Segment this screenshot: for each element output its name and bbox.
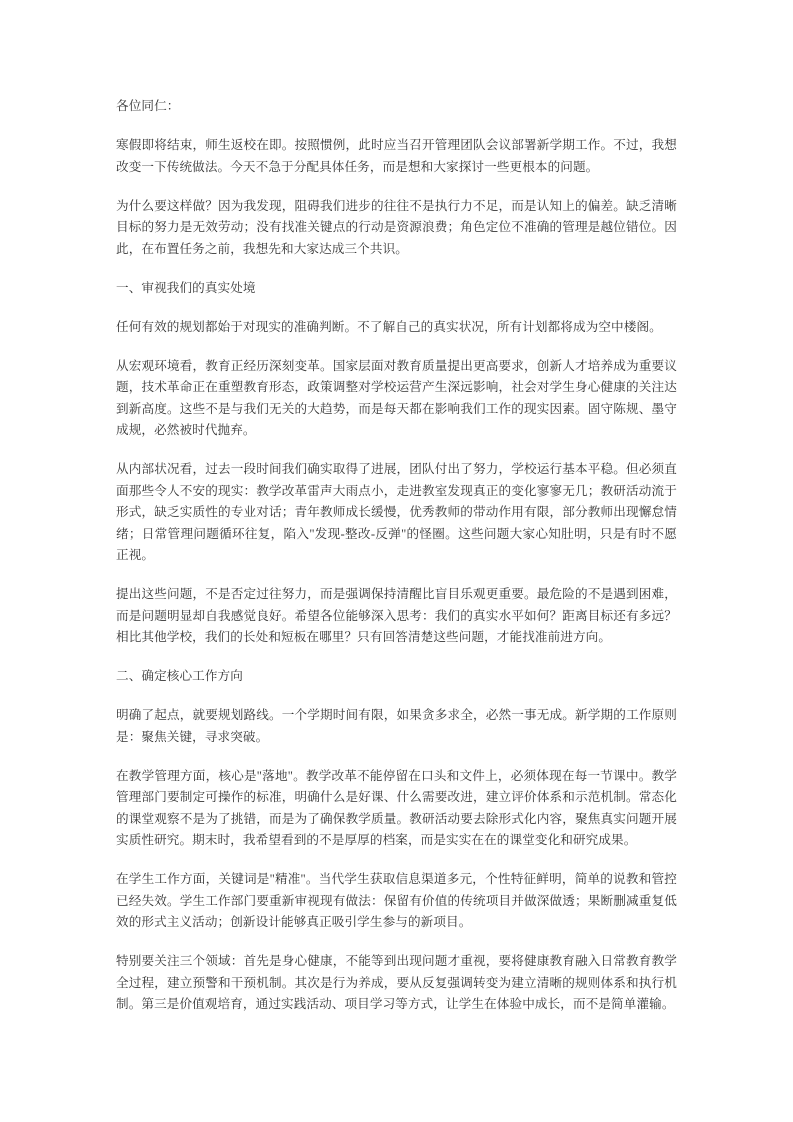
paragraph: 明确了起点，就要规划路线。一个学期时间有限，如果贪多求全，必然一事无成。新学期的… (116, 705, 677, 748)
document-page: 各位同仁： 寒假即将结束，师生返校在即。按照惯例，此时应当召开管理团队会议部署新… (0, 0, 793, 1122)
paragraph: 在教学管理方面，核心是"落地"。教学改革不能停留在口头和文件上，必须体现在每一节… (116, 766, 677, 852)
paragraph: 寒假即将结束，师生返校在即。按照惯例，此时应当召开管理团队会议部署新学期工作。不… (116, 135, 677, 178)
paragraph: 任何有效的规划都始于对现实的准确判断。不了解自己的真实状况，所有计划都将成为空中… (116, 317, 677, 339)
salutation: 各位同仁： (116, 96, 677, 118)
section-heading-1: 一、审视我们的真实处境 (116, 278, 677, 300)
document-body: 各位同仁： 寒假即将结束，师生返校在即。按照惯例，此时应当召开管理团队会议部署新… (116, 96, 677, 1016)
section-heading-2: 二、确定核心工作方向 (116, 666, 677, 688)
paragraph: 特别要关注三个领域：首先是身心健康，不能等到出现问题才重视，要将健康教育融入日常… (116, 951, 677, 1016)
paragraph: 在学生工作方面，关键词是"精准"。当代学生获取信息渠道多元，个性特征鲜明，简单的… (116, 869, 677, 934)
paragraph: 提出这些问题，不是否定过往努力，而是强调保持清醒比盲目乐观更重要。最危险的不是遇… (116, 584, 677, 649)
paragraph: 从宏观环境看，教育正经历深刻变革。国家层面对教育质量提出更高要求，创新人才培养成… (116, 356, 677, 442)
paragraph: 从内部状况看，过去一段时间我们确实取得了进展，团队付出了努力，学校运行基本平稳。… (116, 459, 677, 567)
paragraph: 为什么要这样做？因为我发现，阻碍我们进步的往往不是执行力不足，而是认知上的偏差。… (116, 196, 677, 261)
